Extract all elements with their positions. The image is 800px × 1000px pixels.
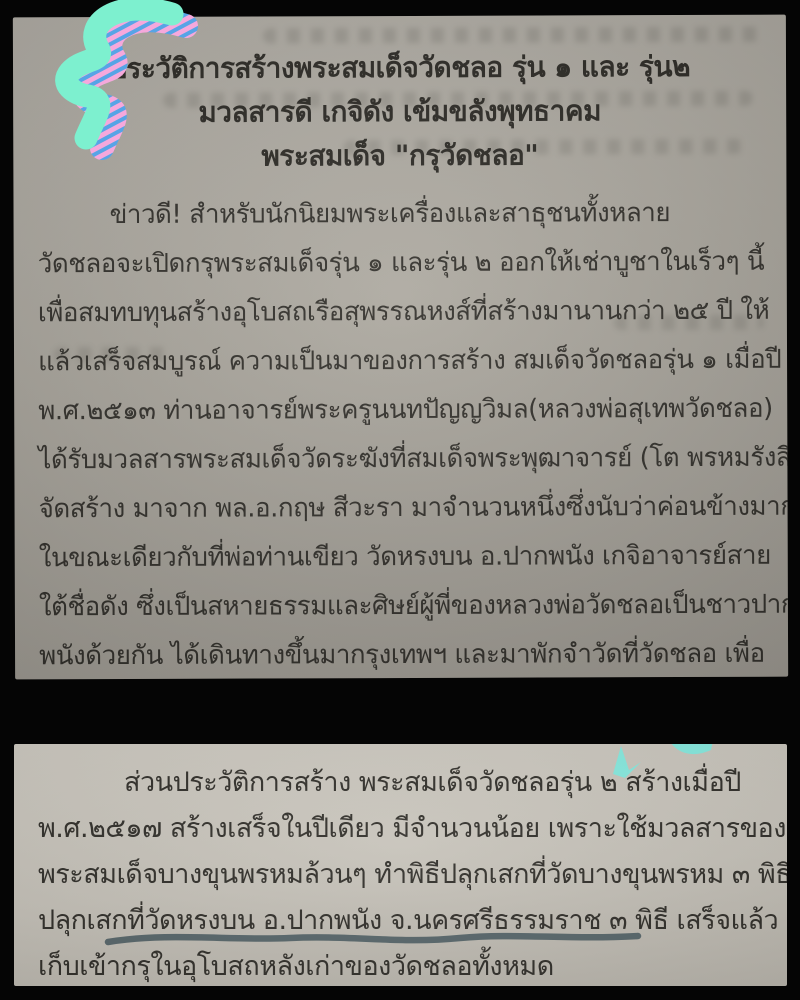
text-line: จัดสร้าง มาจาก พล.อ.กฤษ สีวะรา มาจำนวนหน… xyxy=(14,483,787,535)
text-line: พ.ศ.๒๕๑๓ ท่านอาจารย์พระครูนนทปัญญวิมล(หล… xyxy=(14,385,787,437)
highlighter-squiggle-icon xyxy=(24,0,204,176)
text-line: ได้รับมวลสารพระสมเด็จวัดระฆังที่สมเด็จพร… xyxy=(14,434,787,486)
article-body: ข่าวดี! สำหรับนักนิยมพระเครื่องและสาธุชน… xyxy=(13,189,788,680)
text-line: ใต้ชื่อดัง ซึ่งเป็นสหายธรรมและศิษย์ผู้พี… xyxy=(15,581,788,633)
text-line: ข่าวดี! สำหรับนักนิยมพระเครื่องและสาธุชน… xyxy=(13,189,786,241)
scanned-page-bottom: ส่วนประวัติการสร้าง พระสมเด็จวัดชลอรุ่น … xyxy=(14,744,787,986)
text-line: ส่วนประวัติการสร้าง พระสมเด็จวัดชลอรุ่น … xyxy=(14,760,787,806)
bleed-through-text xyxy=(263,27,763,44)
hand-drawn-underline xyxy=(100,926,648,952)
text-line: พนังด้วยกัน ได้เดินทางขึ้นมากรุงเทพฯ และ… xyxy=(15,630,788,680)
text-line: วัดชลอจะเปิดกรุพระสมเด็จรุ่น ๑ และรุ่น ๒… xyxy=(14,238,787,290)
text-line: เพื่อสมทบทุนสร้างอุโบสถเรือสุพรรณหงส์ที่… xyxy=(14,287,787,339)
text-line: แล้วเสร็จสมบูรณ์ ความเป็นมาของการสร้าง ส… xyxy=(14,336,787,388)
text-line: ในขณะเดียวกับที่พ่อท่านเขียว วัดหรงบน อ.… xyxy=(15,532,788,584)
text-line: พระสมเด็จบางขุนพรหมล้วนๆ ทำพิธีปลุกเสกที… xyxy=(14,852,787,898)
text-line: พ.ศ.๒๕๑๗ สร้างเสร็จในปีเดียว มีจำนวนน้อย… xyxy=(14,806,787,852)
article-body-2: ส่วนประวัติการสร้าง พระสมเด็จวัดชลอรุ่น … xyxy=(14,760,787,986)
